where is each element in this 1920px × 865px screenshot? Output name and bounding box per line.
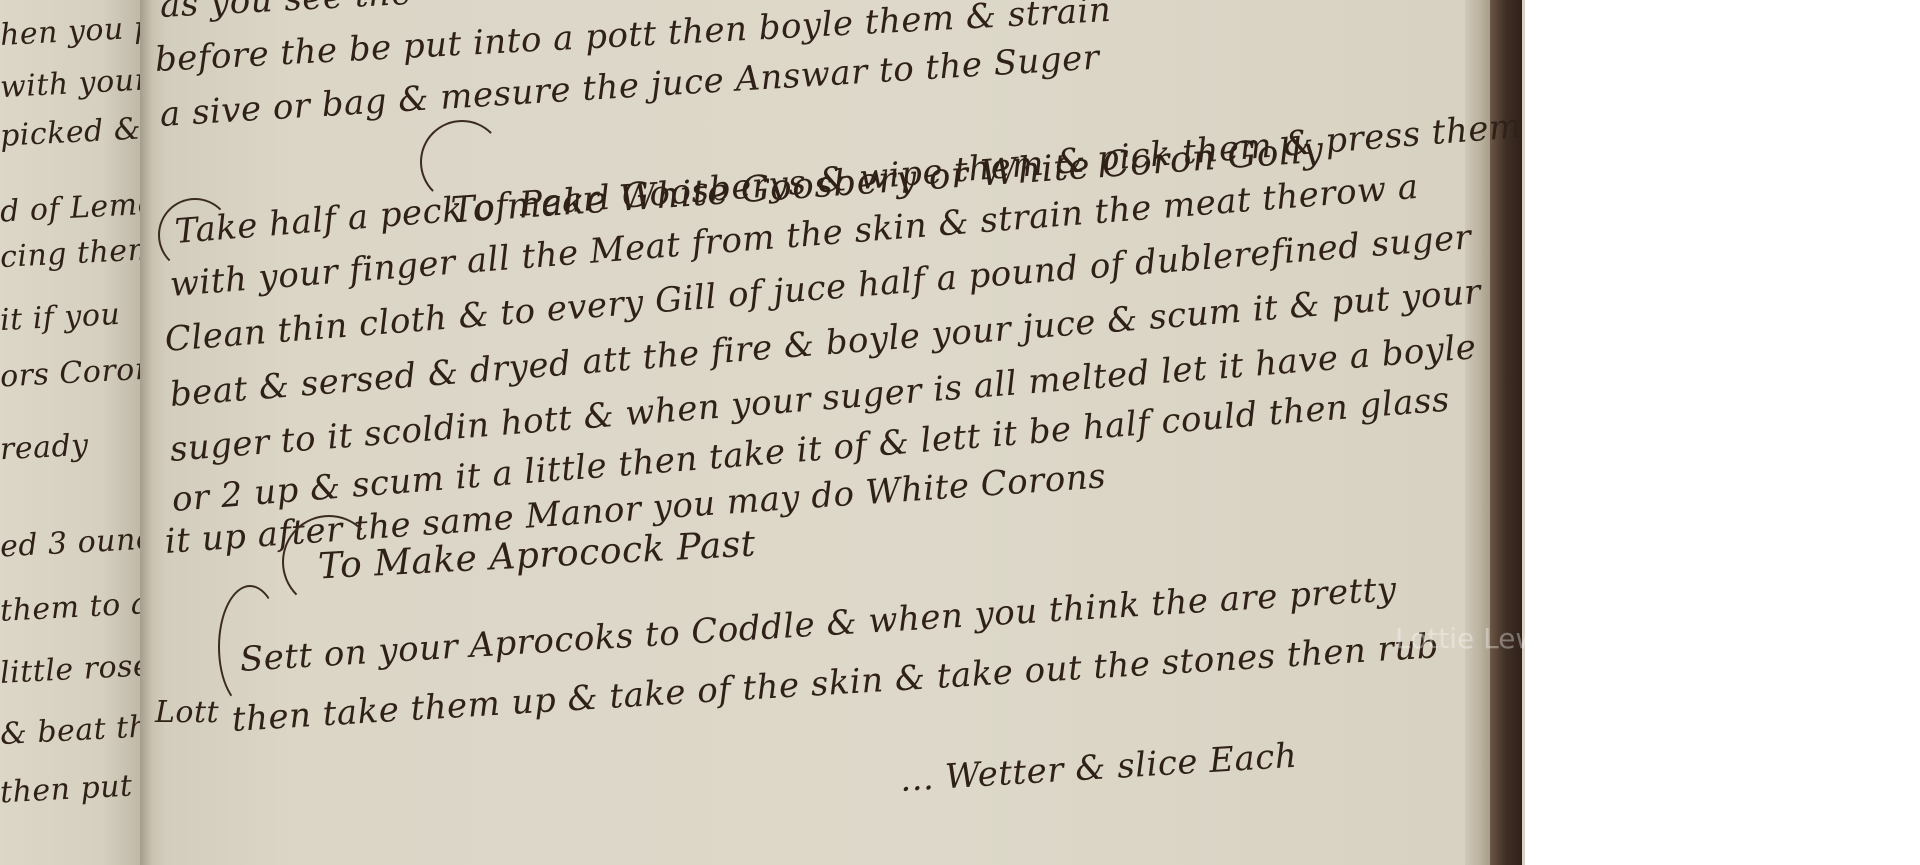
- left-page-line: cing them: [0, 232, 145, 275]
- left-page-line: & beat them: [0, 707, 145, 752]
- manuscript-scan: hen you p with your- picked & dr d of Le…: [0, 0, 1525, 865]
- left-page-line: with your-: [0, 62, 145, 105]
- left-page: hen you p with your- picked & dr d of Le…: [0, 0, 145, 865]
- left-page-line: then put: [0, 769, 133, 811]
- left-page-line: picked & dr: [0, 109, 145, 154]
- margin-label: Lott: [155, 695, 219, 730]
- left-page-line: little rose: [0, 648, 145, 691]
- left-page-line: hen you p: [0, 10, 145, 53]
- left-page-line: ors Corons: [0, 351, 145, 395]
- left-page-line: them to a: [0, 586, 145, 629]
- left-page-line: ready: [0, 428, 89, 468]
- left-page-line: it if you: [0, 297, 121, 338]
- left-page-line: d of Lemon: [0, 185, 145, 229]
- watermark: Lottie Lewis.c: [1395, 622, 1525, 655]
- left-page-line: ed 3 ounce: [0, 521, 145, 565]
